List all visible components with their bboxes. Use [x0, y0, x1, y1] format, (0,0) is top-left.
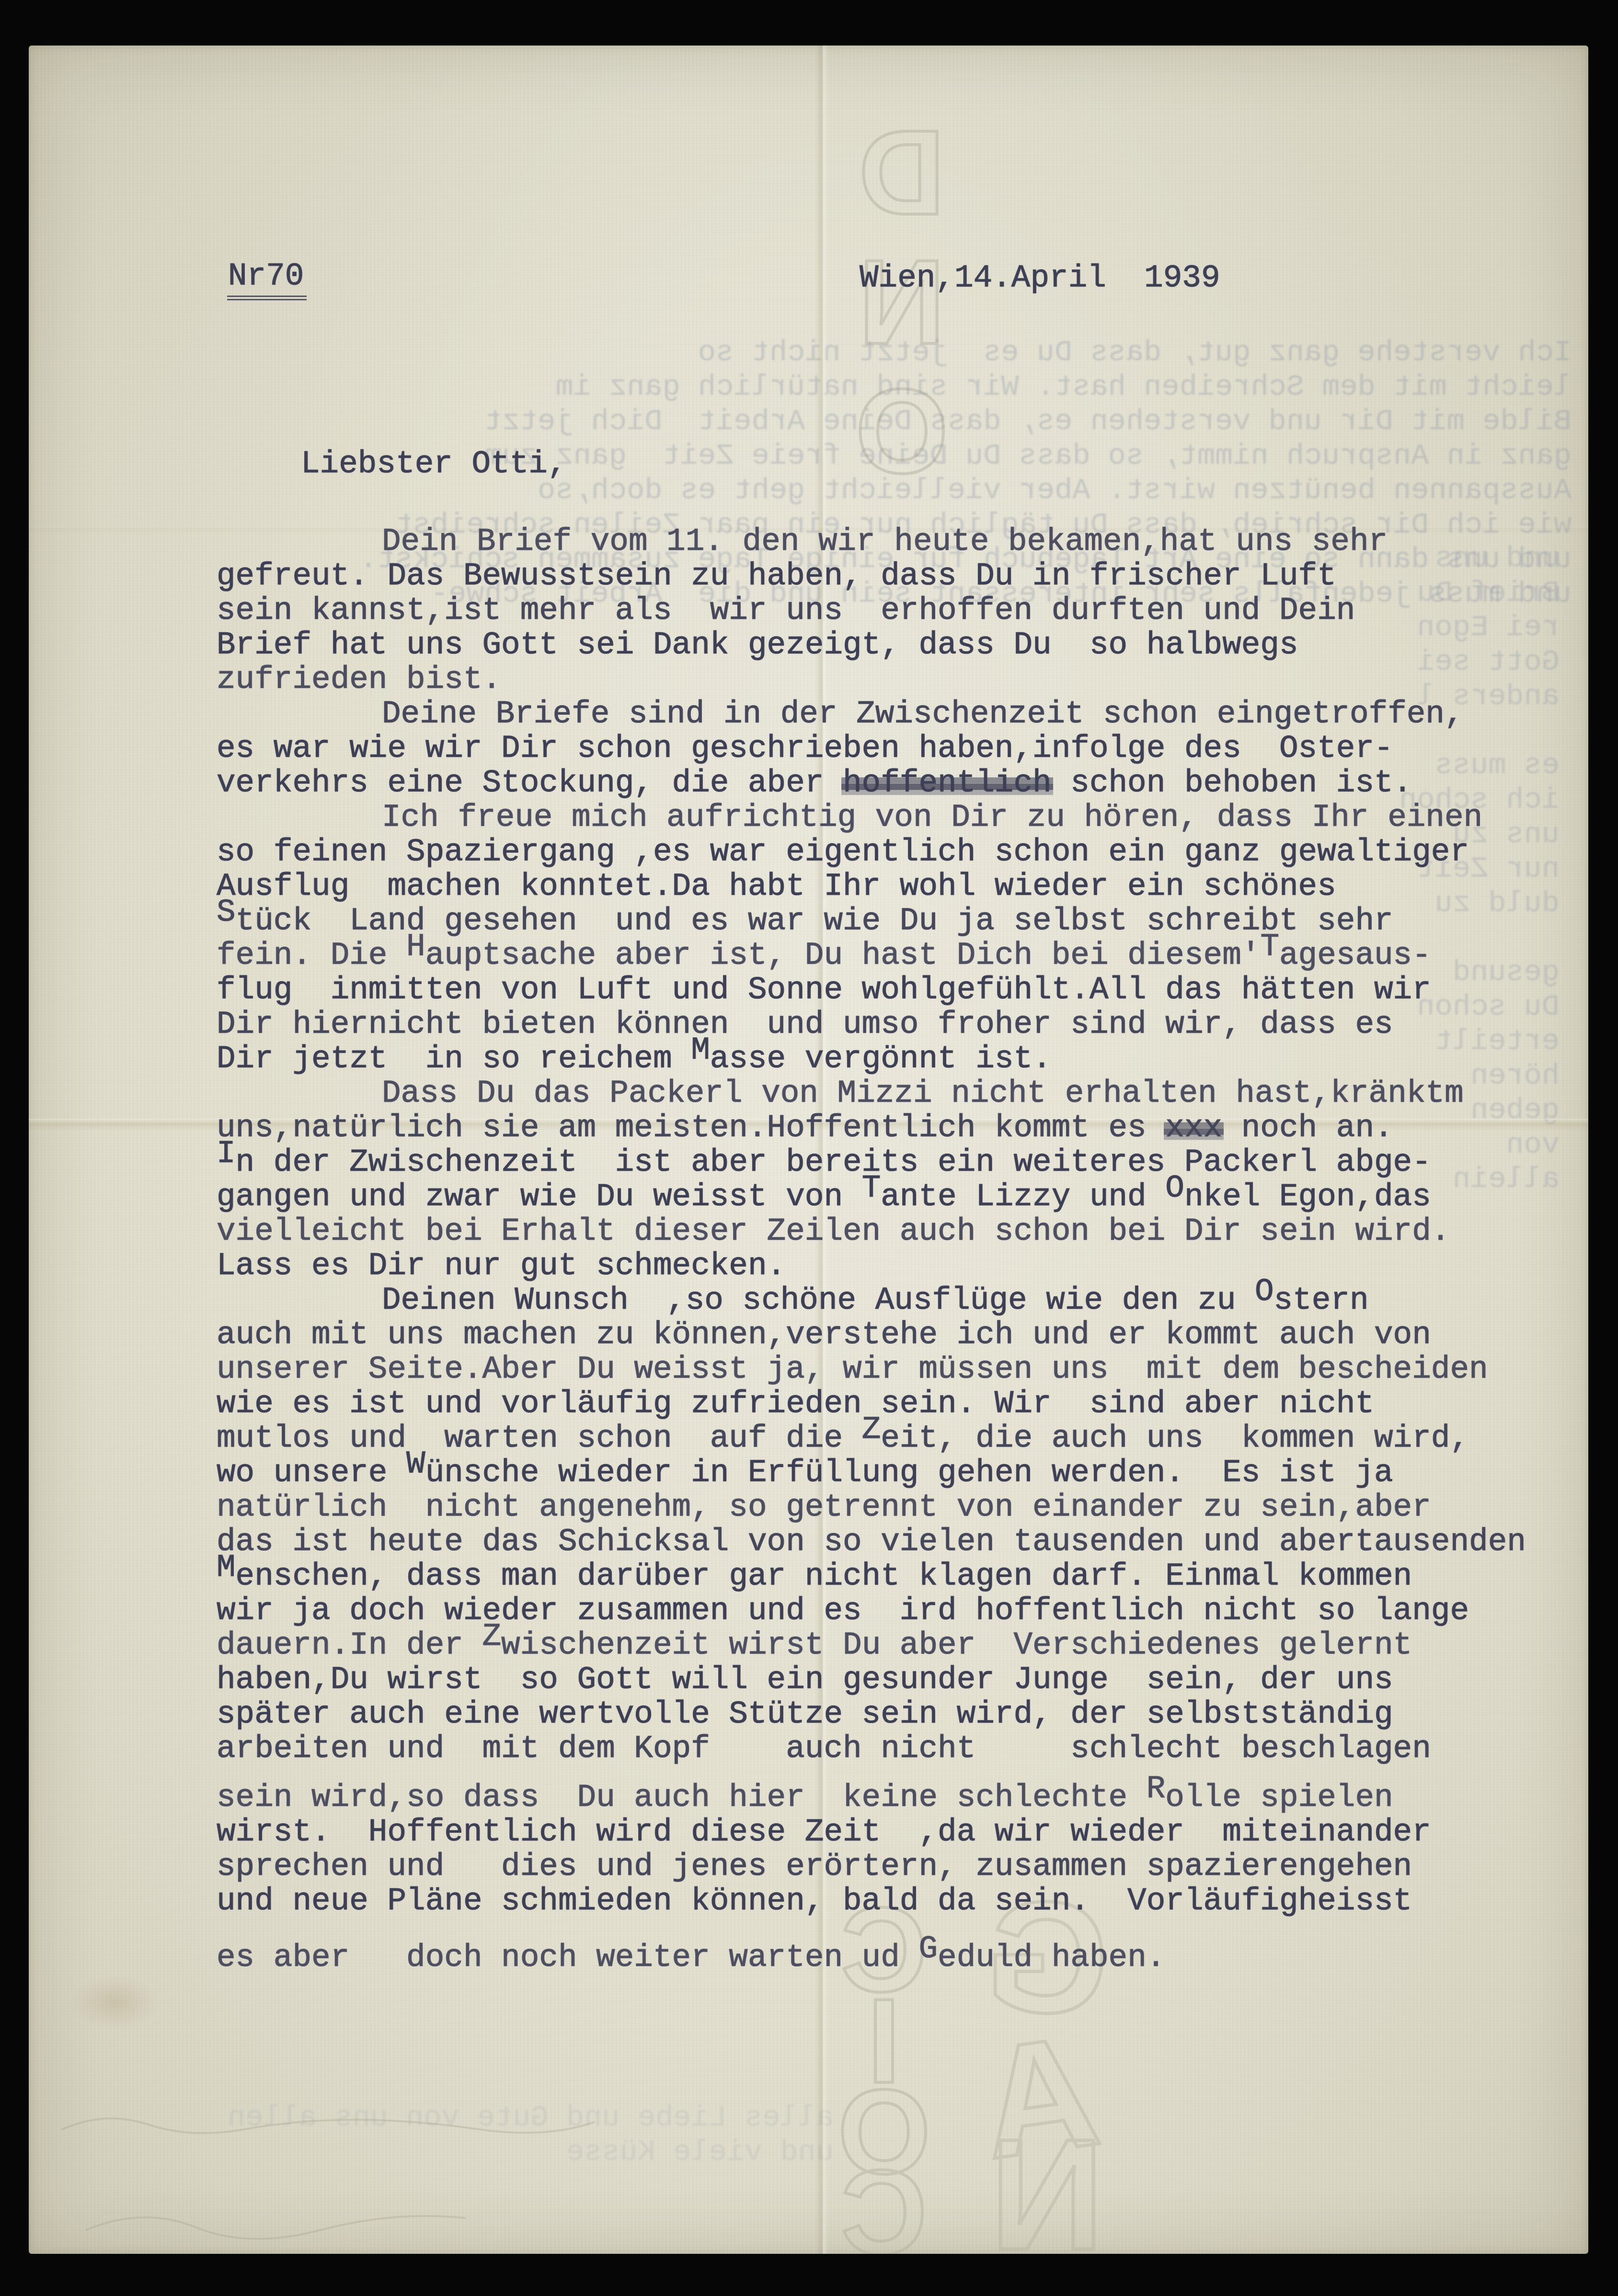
letter-line: Deine Briefe sind in der Zwischenzeit sc… — [217, 697, 1563, 731]
letter-line: Deinen Wunsch ,so schöne Ausflüge wie de… — [217, 1283, 1563, 1318]
letter-line: natürlich nicht angenehm, so getrennt vo… — [217, 1490, 1563, 1525]
salutation: Liebster Otti, — [301, 447, 567, 481]
letter-line: Ausflug machen konntet.Da habt Ihr wohl … — [217, 869, 1563, 904]
letter-line: Dir hiernicht bieten können und umso fro… — [217, 1007, 1563, 1042]
letter-line: dauern.In der Zwischenzeit wirst Du aber… — [217, 1628, 1563, 1663]
letter-line: wo unsere Wünsche wieder in Erfüllung ge… — [217, 1456, 1563, 1490]
pencil-squiggle — [86, 2216, 465, 2239]
letter-page: D N O C I O C G A N Ich verstehe ganz gu… — [29, 46, 1588, 2254]
letter-line: verkehrs eine Stockung, die aber hoffent… — [217, 766, 1563, 800]
letter-line: sein kannst,ist mehr als wir uns erhoffe… — [217, 594, 1563, 628]
letter-line: gangen und zwar wie Du weisst von Tante … — [217, 1180, 1563, 1214]
letter-line: es aber doch noch weiter warten ud Gedul… — [217, 1941, 1563, 1975]
letter-line: auch mit uns machen zu können,verstehe i… — [217, 1318, 1563, 1352]
letter-line: sprechen und dies und jenes erörtern, zu… — [217, 1850, 1563, 1884]
letter-line: Lass es Dir nur gut schmecken. — [217, 1249, 1563, 1283]
letter-line: wie es ist und vorläufig zufrieden sein.… — [217, 1387, 1563, 1421]
letter-line: vielleicht bei Erhalt dieser Zeilen auch… — [217, 1214, 1563, 1249]
letter-line: unserer Seite.Aber Du weisst ja, wir müs… — [217, 1352, 1563, 1387]
letter-line: flug inmitten von Luft und Sonne wohlgef… — [217, 973, 1563, 1007]
letter-line: sein wird,so dass Du auch hier keine sch… — [217, 1781, 1563, 1815]
letter-line: uns,natürlich sie am meisten.Hoffentlich… — [217, 1111, 1563, 1145]
letter-body: Dein Brief vom 11. den wir heute bekamen… — [217, 525, 1563, 1975]
letter-line: später auch eine wertvolle Stütze sein w… — [217, 1697, 1563, 1732]
letter-line: Ich freue mich aufrichtig von Dir zu hör… — [217, 800, 1563, 835]
letter-line: arbeiten und mit dem Kopf auch nicht sch… — [217, 1732, 1563, 1766]
letter-line: Brief hat uns Gott sei Dank gezeigt, das… — [217, 628, 1563, 663]
letter-line: Dein Brief vom 11. den wir heute bekamen… — [217, 525, 1563, 559]
letter-line: Dass Du das Packerl von Mizzi nicht erha… — [217, 1076, 1563, 1111]
letter-line: fein. Die Hauptsache aber ist, Du hast D… — [217, 938, 1563, 973]
letter-number: Nr70 — [227, 259, 307, 300]
pencil-squiggle — [62, 2118, 594, 2133]
letter-line: wirst. Hoffentlich wird diese Zeit ,da w… — [217, 1815, 1563, 1850]
letter-line: und neue Pläne schmieden können, bald da… — [217, 1884, 1563, 1919]
letter-line: In der Zwischenzeit ist aber bereits ein… — [217, 1145, 1563, 1180]
letter-line: Menschen, dass man darüber gar nicht kla… — [217, 1559, 1563, 1594]
letter-line: haben,Du wirst so Gott will ein gesunder… — [217, 1663, 1563, 1697]
letter-line: wir ja doch wieder zusammen und es ird h… — [217, 1594, 1563, 1628]
letter-line: gefreut. Das Bewusstsein zu haben, dass … — [217, 559, 1563, 594]
letter-line: Dir jetzt in so reichem Masse vergönnt i… — [217, 1042, 1563, 1076]
letter-line: so feinen Spaziergang ,es war eigentlich… — [217, 835, 1563, 869]
letter-line: das ist heute das Schicksal von so viele… — [217, 1525, 1563, 1559]
letter-line: es war wie wir Dir schon geschrieben hab… — [217, 731, 1563, 766]
letter-line: zufrieden bist. — [217, 663, 1563, 697]
dateline: Wien,14.April 1939 — [860, 261, 1220, 296]
